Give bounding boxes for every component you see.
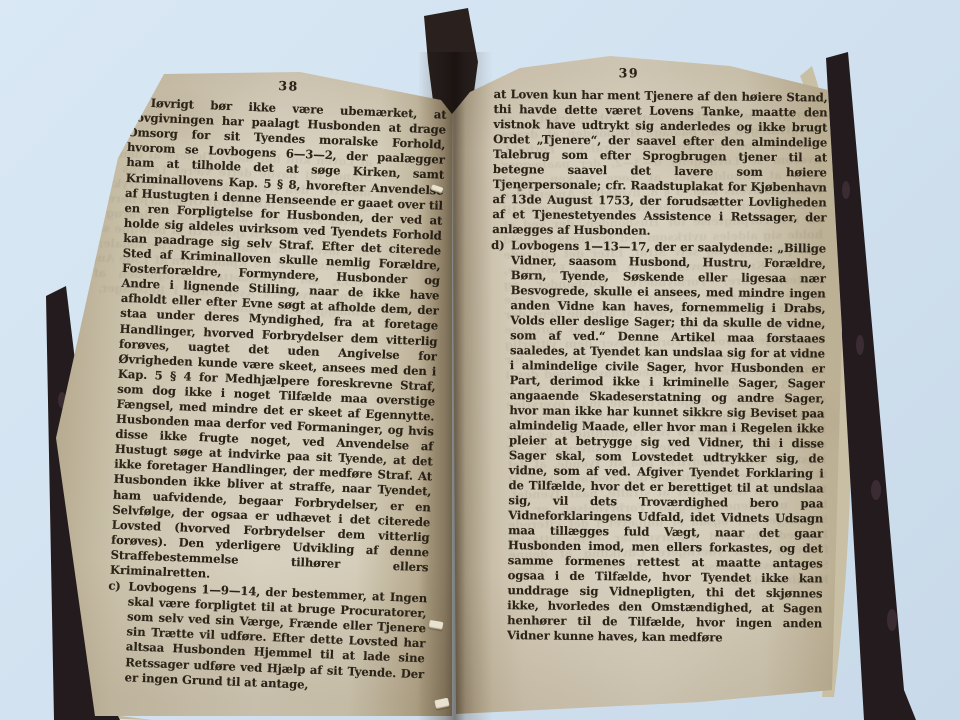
left-page-item-c: c) Lovbogens 1—9—14, der bestemmer, at I… bbox=[105, 579, 427, 697]
left-page-paragraph: Iøvrigt bør ikke være ubemærket, at Lovg… bbox=[110, 95, 447, 590]
item-c-label: c) bbox=[108, 579, 121, 595]
left-page-text: 38 Iøvrigt bør ikke være ubemærket, at L… bbox=[105, 72, 447, 697]
item-d-label: d) bbox=[491, 238, 505, 253]
right-page-text: 39 at Loven kun har ment Tjenere af den … bbox=[488, 64, 828, 646]
item-d-text: Lovbogens 1—13—17, der er saalydende: „B… bbox=[507, 238, 826, 644]
photo-of-open-book: at Loven kun har ment Tjenere af den høi… bbox=[0, 0, 960, 720]
item-c-text: Lovbogens 1—9—14, der bestemmer, at Inge… bbox=[124, 579, 427, 691]
right-page-item-d: d) Lovbogens 1—13—17, der er saalydende:… bbox=[488, 238, 826, 646]
right-page-paragraph: at Loven kun har ment Tjenere af den høi… bbox=[492, 87, 828, 240]
